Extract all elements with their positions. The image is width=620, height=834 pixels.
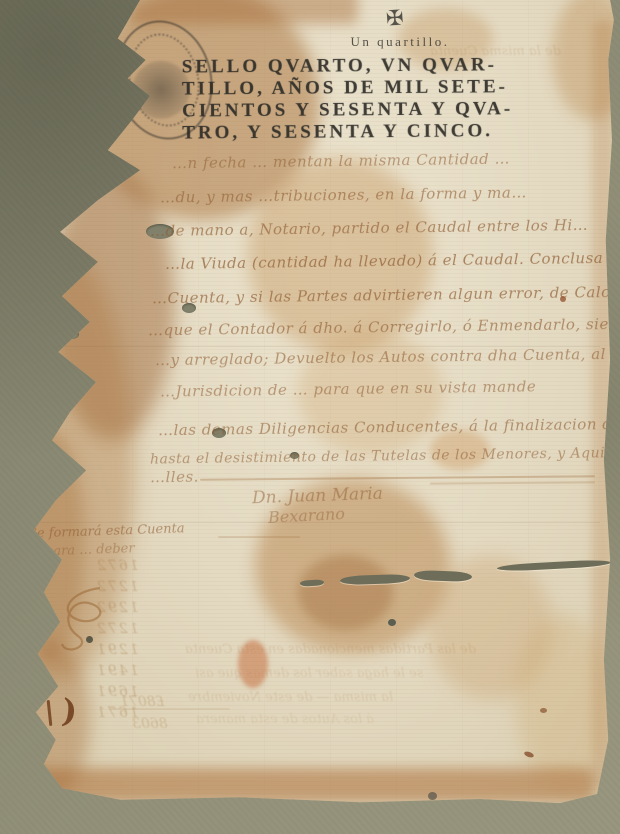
edge-browning bbox=[30, 768, 595, 802]
margin-rule bbox=[218, 536, 300, 538]
bleed-total: 8603 bbox=[132, 716, 168, 732]
handwritten-line: …n fecha … mentan la misma Cantidad … bbox=[172, 150, 510, 173]
bleed-number: 1272 bbox=[95, 619, 139, 640]
handwritten-line: …la Viuda (cantidad ha llevado) á el Cau… bbox=[165, 249, 603, 273]
signature-surname: Bexarano bbox=[268, 504, 346, 527]
bleed-text-line: de las Partidas mencionadas en esta Cuen… bbox=[185, 642, 476, 657]
maltese-cross-icon: ✠ bbox=[385, 5, 404, 30]
rust-speck bbox=[540, 708, 547, 713]
bleed-text-line: de la misma Cuenta bbox=[430, 44, 561, 59]
bleed-text-line: la misma — de este Noviembre bbox=[188, 690, 393, 705]
bleed-number: 1491 bbox=[95, 661, 139, 682]
sello-quarto-heading: SELLO QVARTO, VN QVAR- TILLO, AÑOS DE MI… bbox=[182, 53, 615, 144]
handwritten-line: …y arreglado; Devuelto los Autos contra … bbox=[155, 345, 620, 370]
bleed-number: 1292 bbox=[95, 598, 139, 619]
ink-speck bbox=[388, 619, 396, 626]
bleed-text-line: se le haga saber los demas que asi bbox=[195, 666, 423, 681]
rust-speck bbox=[560, 296, 566, 302]
stain bbox=[298, 555, 393, 630]
handwritten-line: …Cuenta, y si las Partes advirtieren alg… bbox=[152, 283, 620, 308]
bleed-rule bbox=[110, 708, 230, 710]
closing-rule bbox=[200, 475, 595, 480]
seal-line: TILLO, AÑOS DE MIL SETE- bbox=[182, 75, 614, 100]
handwritten-line: …lles. bbox=[150, 468, 199, 487]
closing-rule bbox=[430, 481, 595, 484]
seal-line: CIENTOS Y SESENTA Y QVA- bbox=[182, 97, 614, 122]
handwritten-line: hasta el desistimiento de las Tutelas de… bbox=[150, 444, 620, 467]
handwritten-line: …du, y mas …tribuciones, en la forma y m… bbox=[160, 183, 527, 206]
seal-line: TRO, Y SESENTA Y CINCO. bbox=[182, 119, 614, 144]
handwritten-line: …de mano a, Notario, partido el Caudal e… bbox=[150, 216, 588, 240]
scanned-manuscript-page: ✠ Un quartillo. SELLO QVARTO, VN QVAR- T… bbox=[0, 0, 620, 834]
bleed-text-line: á los Autos de esta manera bbox=[196, 712, 374, 727]
handwritten-line: …las demas Diligencias Conducentes, á la… bbox=[158, 415, 620, 440]
handwritten-line: …Jurisdicion de … para que en su vista m… bbox=[160, 377, 536, 400]
rust-speck bbox=[428, 792, 437, 800]
handwritten-line: …que el Contador á dho. á Corregirlo, ó … bbox=[148, 315, 620, 340]
ink-speck bbox=[86, 636, 93, 643]
bleed-number: 1672 bbox=[95, 556, 139, 577]
bleed-number: 1272 bbox=[95, 577, 139, 598]
bleed-number: 1291 bbox=[95, 640, 139, 661]
